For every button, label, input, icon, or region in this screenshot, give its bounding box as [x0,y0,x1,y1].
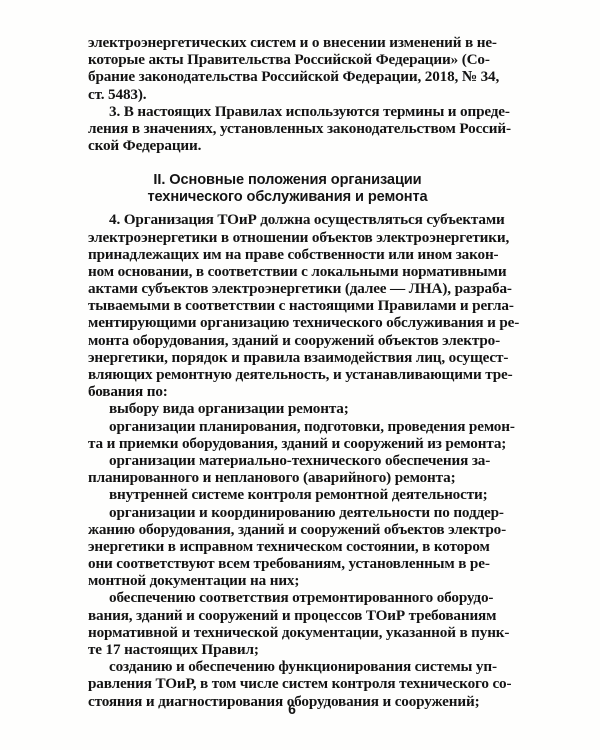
page-number-text: 6 [288,701,296,717]
paragraph-3: 3. В настоящих Правилах используются тер… [88,103,487,155]
text-line: электроэнергетических систем и о внесени… [88,34,487,51]
text-line: обеспечению соответствия отремонтированн… [88,589,487,606]
text-line: монтной документации на них; [88,572,487,589]
section-heading: II. Основные положения организации техни… [88,172,487,206]
text-line: жанию оборудования, зданий и сооружений … [88,521,487,538]
list-item: выбору вида организации ремонта; [88,400,487,417]
text-line: равления ТОиР, в том числе систем контро… [88,675,487,692]
text-line: актами субъектов электроэнергетики (дале… [88,280,487,297]
text-line: те 17 настоящих Правил; [88,641,487,658]
text-line: энергетики, порядок и правила взаимодейс… [88,349,487,366]
text-line: электроэнергетики в отношении объектов э… [88,229,487,246]
page-number: 6 [0,700,600,718]
text-line: ской Федерации. [88,137,487,154]
text-line: монта оборудования, зданий и сооружений … [88,332,487,349]
text-line: нормативной и технической документации, … [88,624,487,641]
text-line: планированного и непланового (аварийного… [88,469,487,486]
paragraph-4: 4. Организация ТОиР должна осуществлятьс… [88,211,487,400]
text-line: та и приемки оборудования, зданий и соор… [88,435,487,452]
text-line: бования по: [88,383,487,400]
section-heading-line: II. Основные положения организации [88,172,487,189]
list-item: обеспечению соответствия отремонтированн… [88,589,487,658]
text-line: вания, зданий и сооружений и процессов Т… [88,607,487,624]
list-item: внутренней системе контроля ремонтной де… [88,486,487,503]
list-item: организации материально-технического обе… [88,452,487,486]
document-page: электроэнергетических систем и о внесени… [0,0,600,750]
text-line: они соответствуют всем требованиям, уста… [88,555,487,572]
text-line: принадлежащих им на праве собственности … [88,246,487,263]
text-column: электроэнергетических систем и о внесени… [88,34,487,710]
list-item: организации и координированию деятельнос… [88,504,487,590]
text-line: ления в значениях, установленных законод… [88,120,487,137]
text-line: ном основании, в соответствии с локальны… [88,263,487,280]
text-line: ст. 5483). [88,86,487,103]
text-line: выбору вида организации ремонта; [88,400,487,417]
text-line: ментирующими организацию технического об… [88,314,487,331]
text-line: внутренней системе контроля ремонтной де… [88,486,487,503]
spacer [88,154,487,163]
intro-paragraph: электроэнергетических систем и о внесени… [88,34,487,103]
text-line: организации материально-технического обе… [88,452,487,469]
text-line: брание законодательства Российской Федер… [88,68,487,85]
text-line: которые акты Правительства Российской Фе… [88,51,487,68]
text-line: 3. В настоящих Правилах используются тер… [88,103,487,120]
section-heading-line: технического обслуживания и ремонта [88,189,487,206]
text-line: организации и координированию деятельнос… [88,504,487,521]
text-line: организации планирования, подготовки, пр… [88,418,487,435]
text-line: тываемыми в соответствии с настоящими Пр… [88,297,487,314]
list-item: организации планирования, подготовки, пр… [88,418,487,452]
text-line: созданию и обеспечению функционирования … [88,658,487,675]
text-line: 4. Организация ТОиР должна осуществлятьс… [88,211,487,228]
text-line: энергетики в исправном техническом состо… [88,538,487,555]
requirements-list: выбору вида организации ремонта; организ… [88,400,487,709]
text-line: вляющих ремонтную деятельность, и устана… [88,366,487,383]
